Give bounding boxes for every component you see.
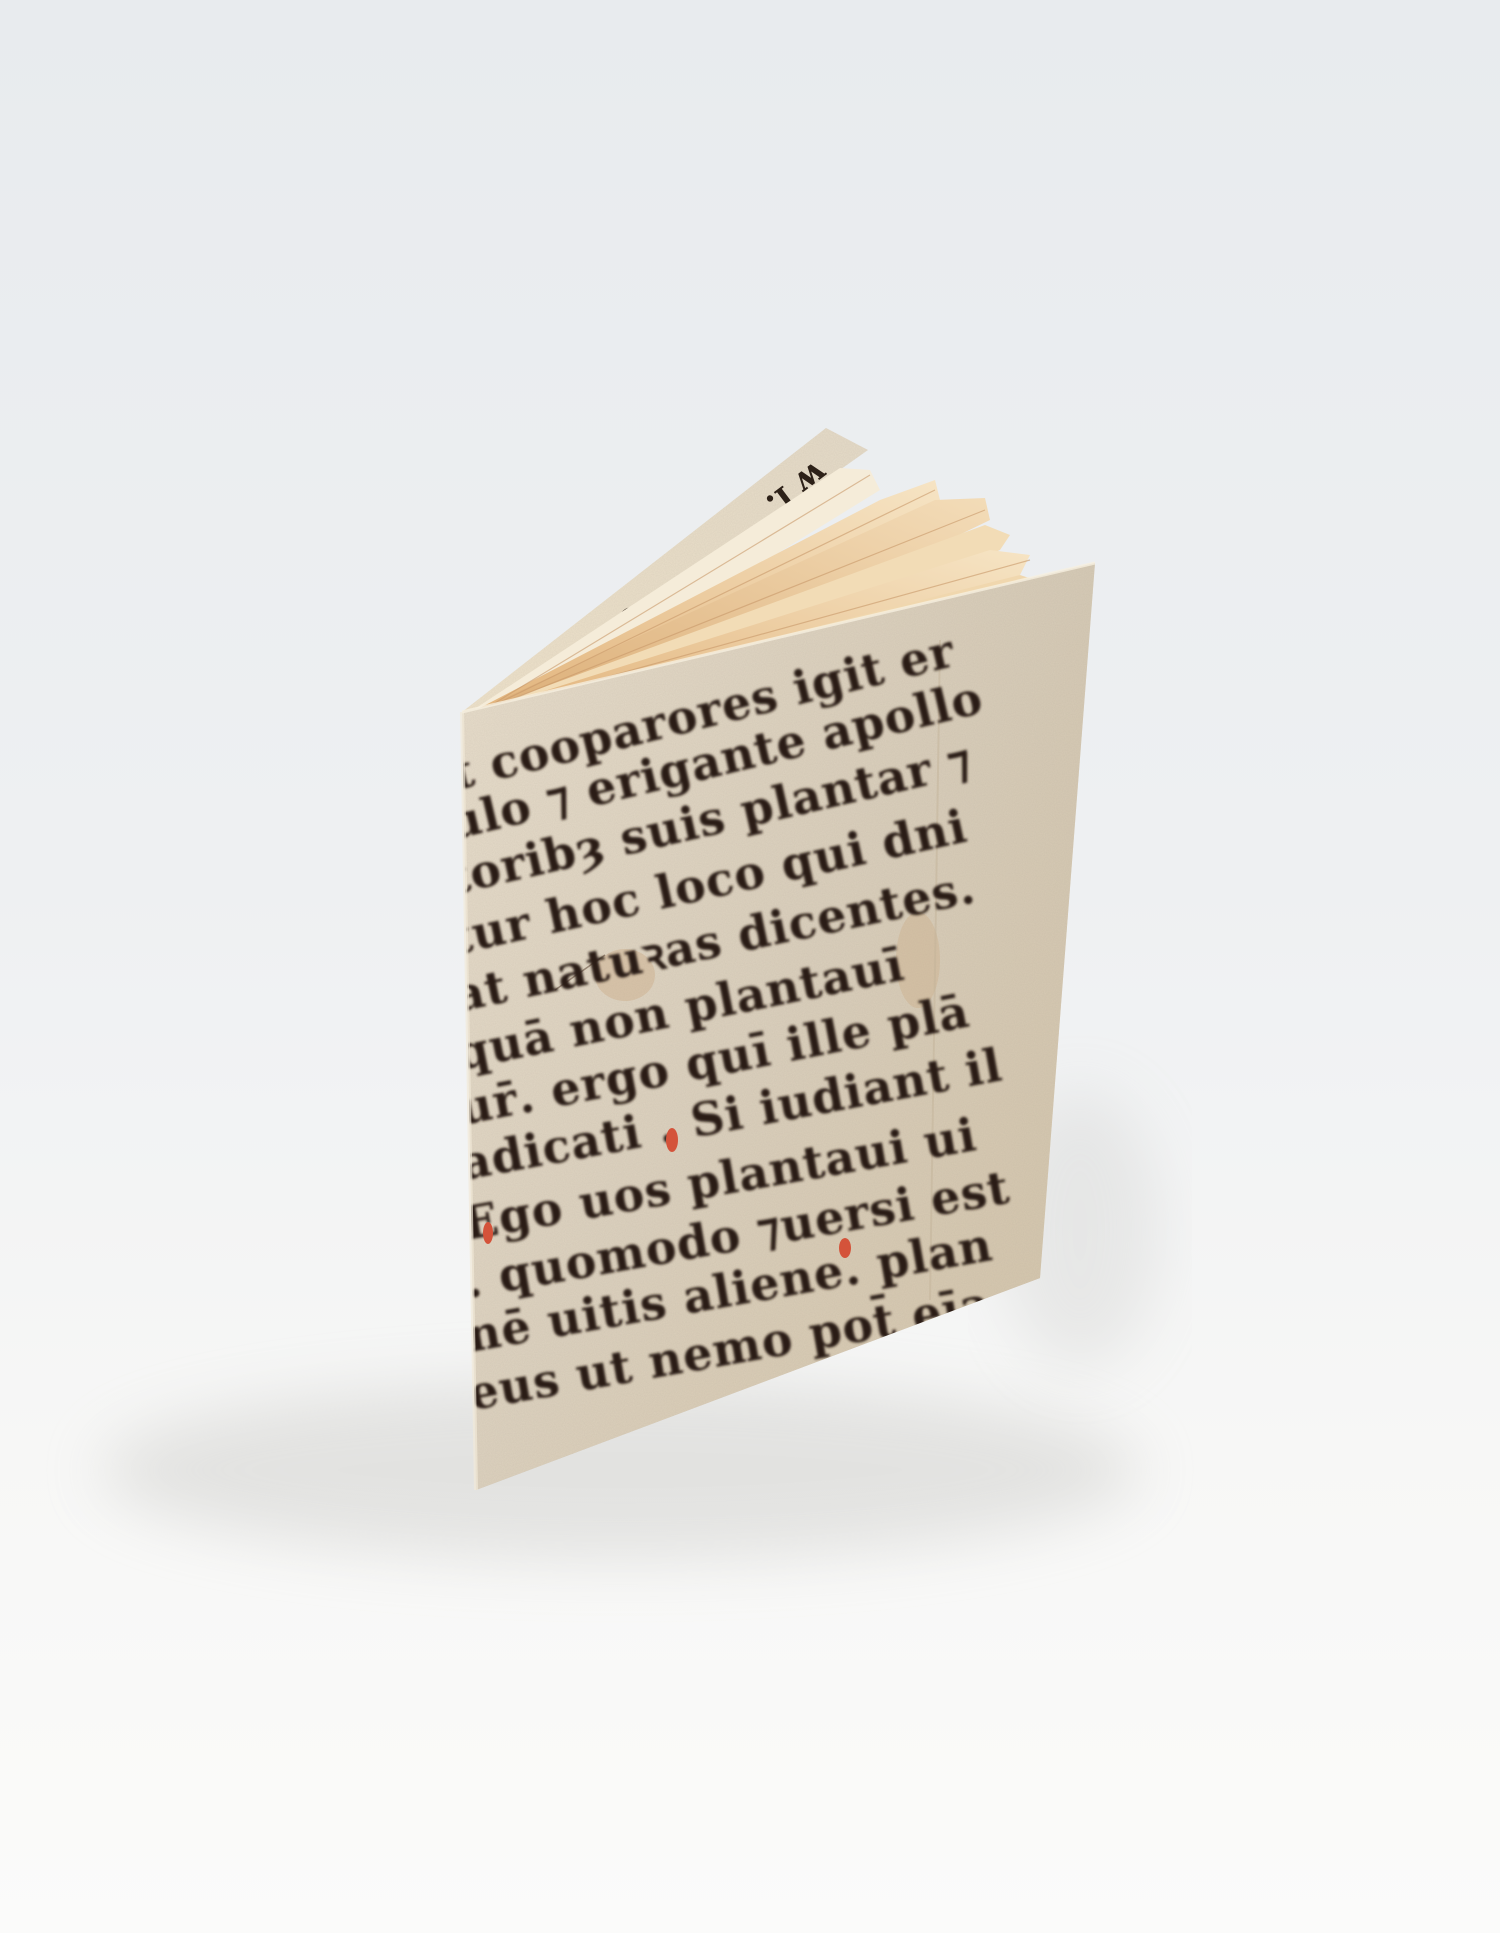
manuscript-text: t cooparores igit er ulo ⁊ erigante apol… [442, 623, 1014, 1421]
photo-scene: cus . enu w l. [0, 0, 1500, 1933]
book-photo: cus . enu w l. [0, 0, 1500, 1933]
